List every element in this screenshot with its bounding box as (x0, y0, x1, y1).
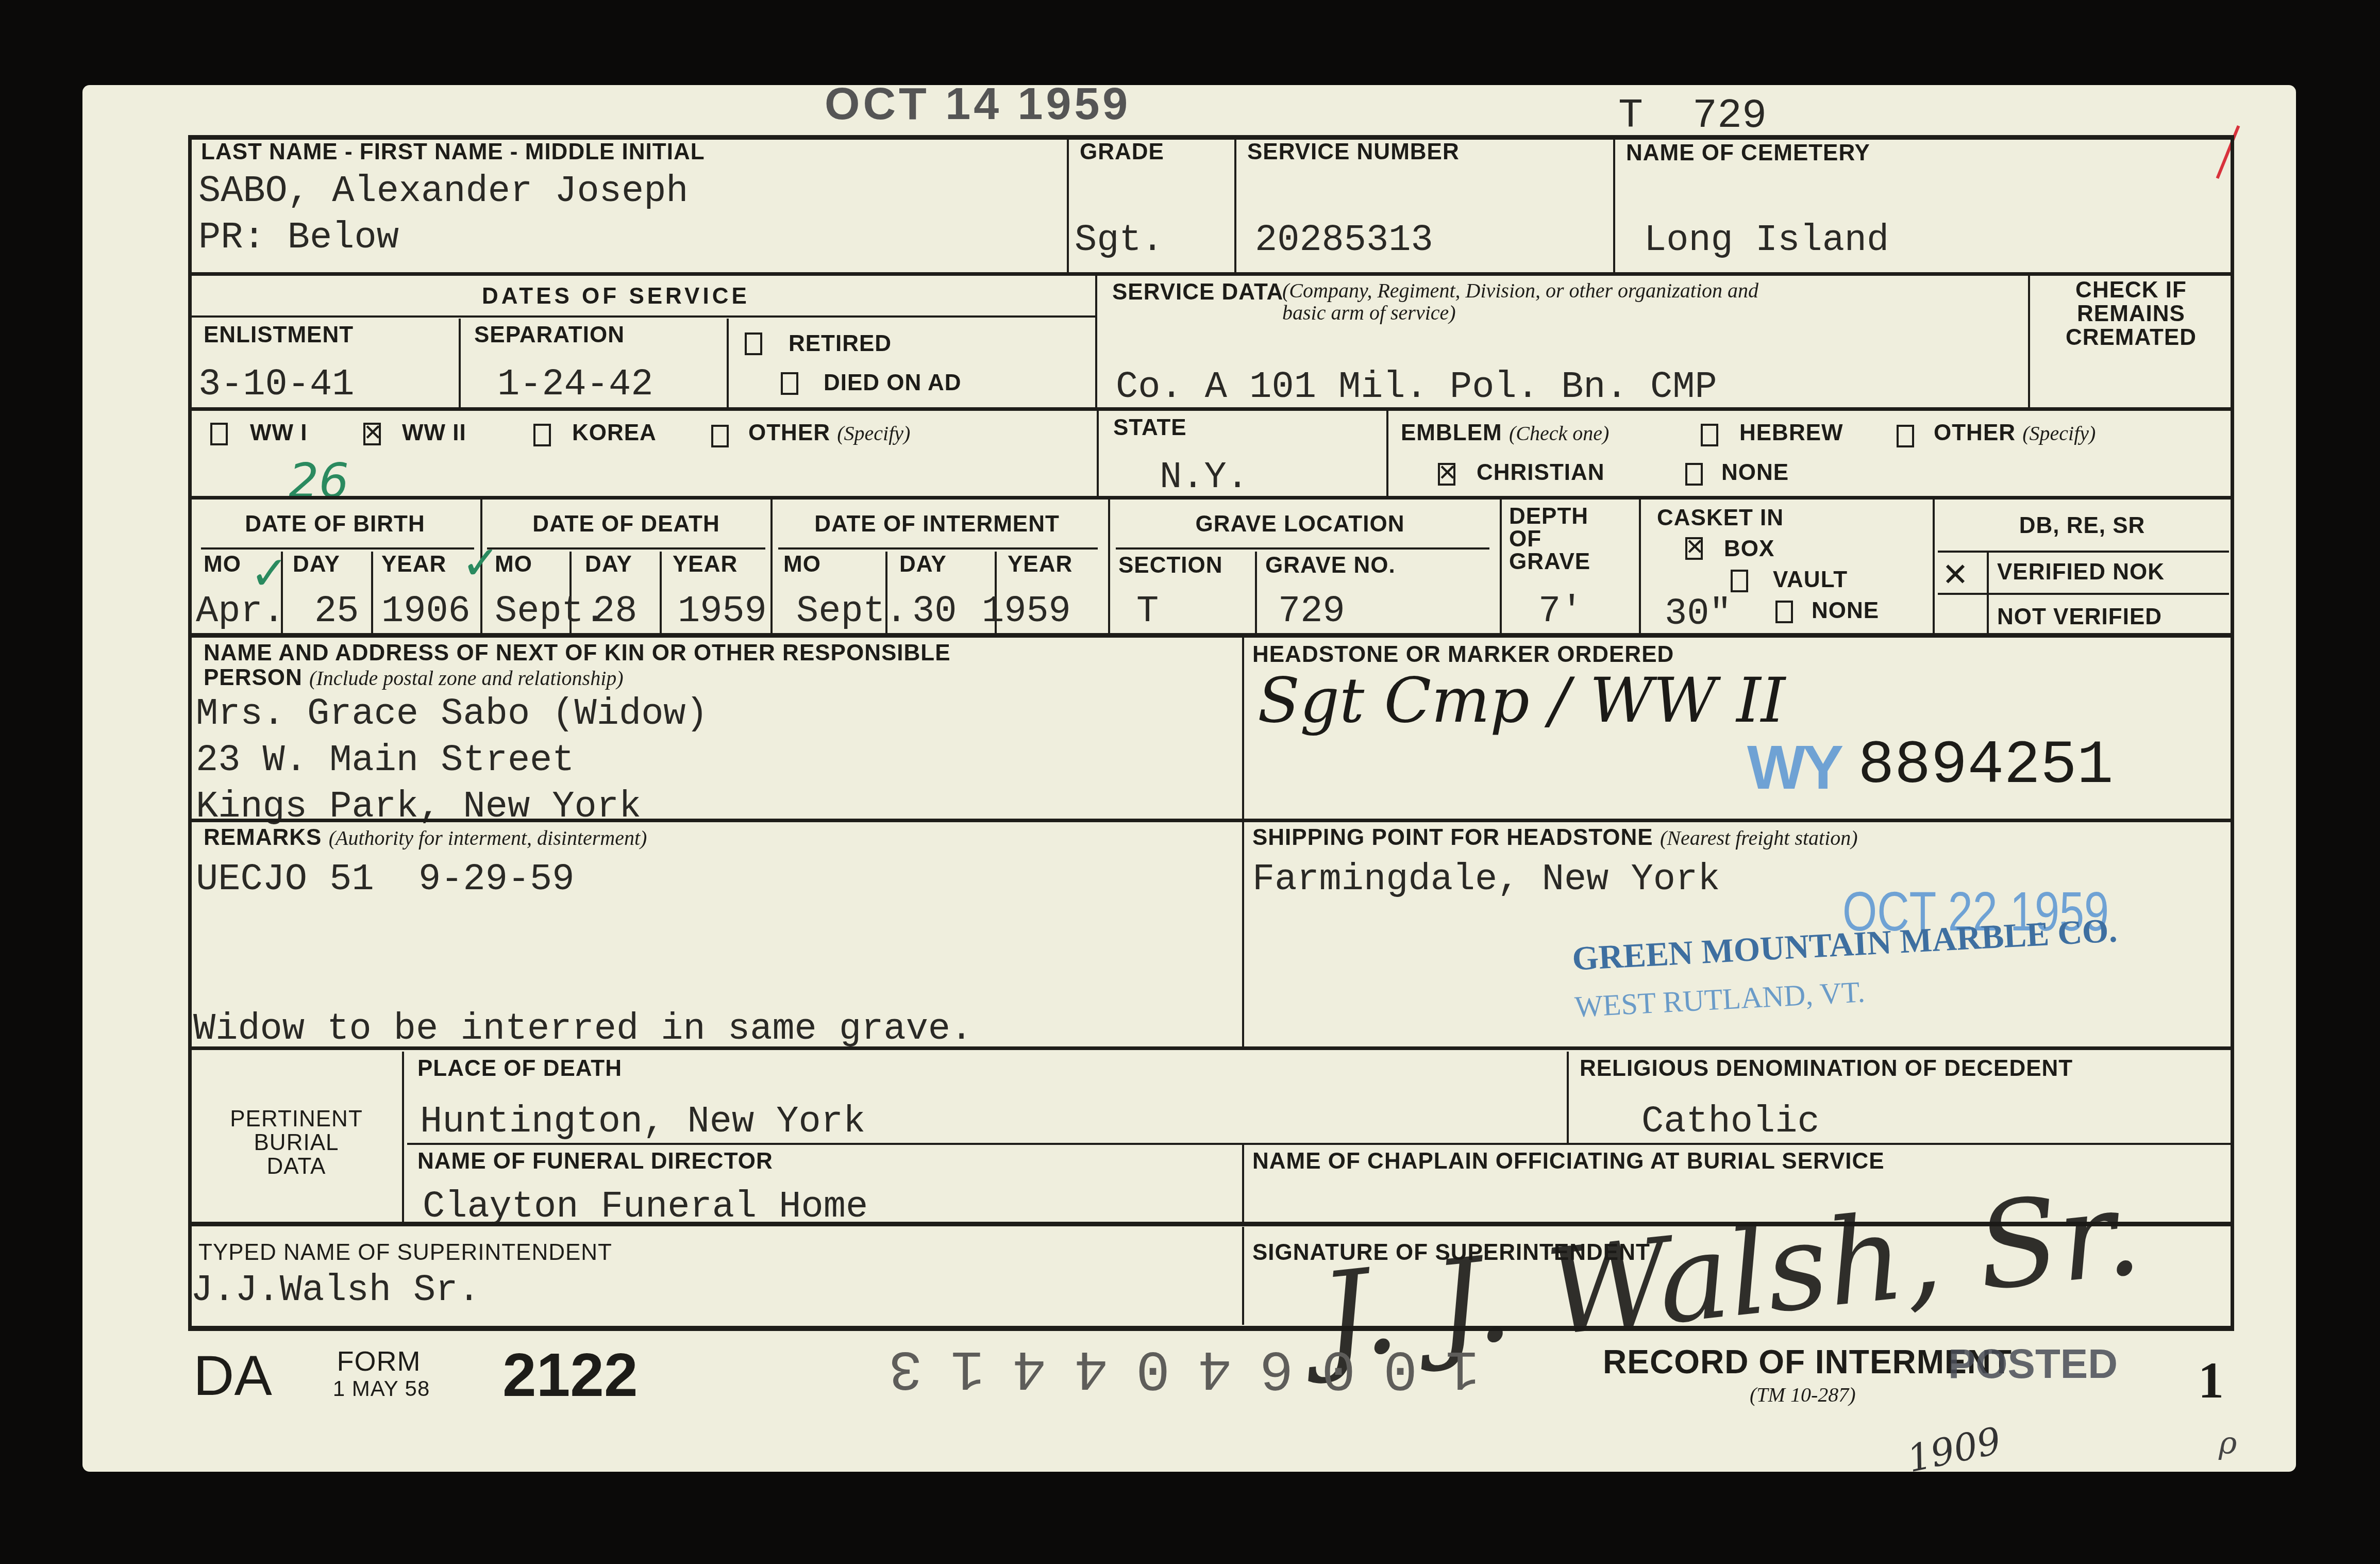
separation-field[interactable]: 1-24-42 (497, 363, 653, 406)
casket-size-field[interactable]: 30" (1665, 593, 1732, 635)
birth-day-label: DAY (293, 552, 340, 577)
depth-field[interactable]: 7' (1538, 590, 1583, 633)
divider (402, 1052, 404, 1222)
cremated-label-line: CREMATED (2033, 326, 2229, 350)
pr-field[interactable]: PR: Below (198, 217, 399, 259)
row-divider (191, 633, 2232, 638)
divider (1242, 1227, 1244, 1325)
other-war-label: OTHER (Specify) (748, 420, 910, 446)
interment-year-field[interactable]: 1959 (982, 590, 1071, 633)
divider (459, 319, 461, 409)
grave-no-label: GRAVE NO. (1265, 553, 1396, 578)
divider (1500, 499, 1502, 636)
next-of-kin-hint: (Include postal zone and relationship) (309, 667, 624, 690)
row-divider (191, 407, 2232, 411)
divider (1108, 499, 1110, 636)
divider (1639, 499, 1641, 636)
frame-left (188, 135, 192, 1331)
interment-day-label: DAY (899, 552, 947, 577)
headstone-prefix-stamp: WY (1747, 732, 1840, 803)
place-of-death-label: PLACE OF DEATH (417, 1056, 622, 1082)
record-subtitle: (TM 10-287) (1750, 1382, 1856, 1407)
place-of-death-field[interactable]: Huntington, New York (420, 1101, 865, 1143)
grade-label: GRADE (1080, 139, 1164, 165)
serial-number-stamp: 1006404413 (783, 1335, 1556, 1400)
depth-label-line: OF (1509, 528, 1590, 551)
other-war-checkbox[interactable] (711, 425, 729, 447)
ww1-label: WW I (250, 420, 308, 446)
none-emblem-checkbox[interactable] (1685, 463, 1703, 486)
casket-vault-label: VAULT (1773, 567, 1848, 593)
form-number: 2122 (502, 1340, 638, 1410)
none-emblem-label: NONE (1721, 460, 1789, 486)
divider (1613, 138, 1615, 275)
row-divider (487, 547, 765, 550)
row-divider (191, 496, 2232, 500)
row-divider (191, 272, 2232, 276)
row-divider (191, 315, 1095, 318)
name-field[interactable]: SABO, Alexander Joseph (198, 170, 689, 212)
service-data-hint-text: (Company, Regiment, Division, or other o… (1282, 279, 1758, 324)
dates-of-service-heading: DATES OF SERVICE (482, 284, 750, 309)
frame-right (2231, 135, 2234, 1331)
row-divider (407, 1143, 2232, 1145)
retired-checkbox[interactable] (745, 332, 762, 355)
pertinent-label-line: PERTINENT (193, 1107, 399, 1131)
death-year-field[interactable]: 1959 (678, 590, 767, 633)
emblem-label-text: EMBLEM (1401, 420, 1502, 445)
pertinent-burial-label: PERTINENT BURIAL DATA (193, 1107, 399, 1178)
green-check-icon: ✓ (461, 536, 500, 590)
cremated-label-line: REMAINS (2033, 302, 2229, 326)
divider (1242, 1144, 1244, 1222)
next-of-kin-label: NAME AND ADDRESS OF NEXT OF KIN OR OTHER… (204, 640, 951, 666)
interment-year-label: YEAR (1008, 552, 1072, 577)
enlistment-label: ENLISTMENT (204, 322, 354, 348)
depth-label-line: GRAVE (1509, 551, 1590, 573)
other-emblem-checkbox[interactable] (1897, 425, 1914, 447)
typed-superintendent-field[interactable]: J.J.Walsh Sr. (191, 1269, 480, 1311)
christian-label: CHRISTIAN (1477, 460, 1605, 486)
grave-location-label: GRAVE LOCATION (1111, 511, 1489, 537)
divider (371, 552, 373, 634)
divider (1234, 138, 1236, 275)
next-of-kin-field[interactable]: Mrs. Grace Sabo (Widow) 23 W. Main Stree… (196, 691, 708, 830)
depth-label-line: DEPTH (1509, 505, 1590, 528)
grave-reference: T 729 (1618, 93, 1767, 140)
ww1-checkbox[interactable] (210, 423, 228, 445)
next-of-kin-line: Kings Park, New York (196, 784, 708, 830)
state-label: STATE (1113, 415, 1187, 441)
divider (1933, 499, 1935, 636)
shipping-label-text: SHIPPING POINT FOR HEADSTONE (1252, 825, 1653, 850)
cremated-label: CHECK IF REMAINS CREMATED (2033, 278, 2229, 350)
next-of-kin-label-2: PERSON (Include postal zone and relation… (204, 665, 624, 691)
record-subtitle-text: (TM 10-287) (1750, 1383, 1856, 1406)
service-number-label: SERVICE NUMBER (1247, 139, 1460, 165)
divider (1067, 138, 1069, 275)
divider (1255, 552, 1257, 634)
casket-box-label: BOX (1724, 536, 1774, 562)
birth-date-label: DATE OF BIRTH (191, 511, 479, 537)
died-on-ad-checkbox[interactable] (781, 372, 798, 395)
pencil-mark: ρ (2219, 1425, 2237, 1461)
pertinent-label-line: DATA (193, 1155, 399, 1178)
headstone-handwritten: Sgt Cmp / WW II (1258, 665, 1785, 737)
emblem-label: EMBLEM (Check one) (1401, 420, 1609, 446)
row-divider (1938, 551, 2229, 553)
next-of-kin-label-text: PERSON (204, 665, 303, 690)
ww2-label: WW II (402, 420, 466, 446)
row-divider (201, 547, 474, 550)
divider (1386, 410, 1388, 496)
casket-label: CASKET IN (1657, 505, 1784, 531)
cemetery-field[interactable]: Long Island (1644, 219, 1889, 261)
row-divider (778, 547, 1098, 550)
died-on-ad-label: DIED ON AD (824, 370, 962, 396)
ww2-checkbox[interactable] (363, 423, 381, 445)
other-emblem-hint: (Specify) (2022, 422, 2096, 445)
interment-month-field[interactable]: Sept. (796, 590, 908, 633)
headstone-label: HEADSTONE OR MARKER ORDERED (1252, 642, 1674, 668)
cremated-label-line: CHECK IF (2033, 278, 2229, 302)
divider (2028, 276, 2030, 409)
hebrew-checkbox[interactable] (1701, 424, 1718, 446)
religion-field[interactable]: Catholic (1641, 1101, 1820, 1143)
interment-date-label: DATE OF INTERMENT (772, 511, 1102, 537)
verified-nok-label: VERIFIED NOK (1997, 559, 2165, 585)
emblem-hint: (Check one) (1509, 422, 1609, 445)
divider (1242, 822, 1244, 1048)
death-mo-label: MO (495, 552, 532, 577)
divider (1097, 410, 1099, 496)
religion-label: RELIGIOUS DENOMINATION OF DECEDENT (1580, 1056, 2073, 1082)
casket-none-label: NONE (1812, 598, 1879, 624)
not-verified-label: NOT VERIFIED (1997, 604, 2162, 630)
birth-year-field[interactable]: 1906 (381, 590, 471, 633)
frame-bottom (188, 1326, 2234, 1331)
death-date-label: DATE OF DEATH (482, 511, 770, 537)
casket-vault-checkbox[interactable] (1731, 570, 1748, 592)
db-re-sr-label: DB, RE, SR (1935, 513, 2229, 539)
other-emblem-label: OTHER (Specify) (1934, 420, 2096, 446)
divider (727, 319, 729, 409)
remarks-hint: (Authority for interment, disinterment) (329, 826, 647, 850)
divider (1567, 1052, 1569, 1143)
other-war-label-text: OTHER (748, 420, 830, 445)
korea-label: KOREA (572, 420, 657, 446)
form-date: 1 MAY 58 (314, 1376, 448, 1401)
interment-mo-label: MO (783, 552, 821, 577)
death-year-label: YEAR (673, 552, 738, 577)
service-number-field[interactable]: 20285313 (1255, 219, 1433, 261)
headstone-order-number: 8894251 (1858, 732, 2114, 801)
form-prefix: DA (193, 1343, 272, 1408)
shipping-label: SHIPPING POINT FOR HEADSTONE (Nearest fr… (1252, 825, 1858, 851)
korea-checkbox[interactable] (533, 424, 551, 446)
state-field[interactable]: N.Y. (1160, 456, 1249, 498)
typed-superintendent-label: TYPED NAME OF SUPERINTENDENT (198, 1240, 612, 1266)
shipping-field[interactable]: Farmingdale, New York (1252, 858, 1720, 901)
green-pencil-number: 26 (289, 454, 349, 509)
hebrew-label: HEBREW (1739, 420, 1843, 446)
green-check-icon: ✓ (250, 546, 289, 601)
remarks-line-2[interactable]: Widow to be interred in same grave. (193, 1008, 973, 1050)
shipping-hint: (Nearest freight station) (1660, 826, 1858, 850)
grade-field[interactable]: Sgt. (1075, 219, 1164, 261)
remarks-label-text: REMARKS (204, 825, 322, 850)
separation-label: SEPARATION (474, 322, 625, 348)
next-of-kin-line: 23 W. Main Street (196, 737, 708, 784)
posted-stamp: POSTED (1948, 1340, 2118, 1388)
death-day-field[interactable]: 28 (593, 590, 637, 633)
next-of-kin-line: Mrs. Grace Sabo (Widow) (196, 691, 708, 737)
birth-day-field[interactable]: 25 (314, 590, 359, 633)
retired-label: RETIRED (789, 331, 892, 357)
enlistment-field[interactable]: 3-10-41 (198, 363, 354, 406)
casket-box-checkbox[interactable] (1685, 537, 1703, 560)
row-divider (1938, 593, 2229, 595)
form-word: FORM (335, 1345, 423, 1377)
section-label: SECTION (1118, 553, 1223, 578)
section-field[interactable]: T (1136, 590, 1159, 633)
row-divider (1116, 547, 1489, 550)
row-divider (191, 819, 2232, 822)
name-label: LAST NAME - FIRST NAME - MIDDLE INITIAL (201, 139, 705, 165)
service-data-field[interactable]: Co. A 101 Mil. Pol. Bn. CMP (1116, 366, 1717, 408)
casket-none-checkbox[interactable] (1775, 601, 1793, 623)
funeral-director-label: NAME OF FUNERAL DIRECTOR (417, 1149, 773, 1174)
service-data-hint: (Company, Regiment, Division, or other o… (1112, 279, 1782, 324)
interment-day-field[interactable]: 30 (912, 590, 957, 633)
divider (1242, 637, 1244, 820)
other-war-hint: (Specify) (837, 422, 910, 445)
cemetery-label: NAME OF CEMETERY (1626, 140, 1870, 166)
divider (1095, 276, 1097, 409)
other-emblem-label-text: OTHER (1934, 420, 2016, 445)
birth-year-label: YEAR (381, 552, 446, 577)
pertinent-label-line: BURIAL (193, 1131, 399, 1155)
birth-mo-label: MO (204, 552, 241, 577)
death-month-field[interactable]: Sept. (495, 590, 606, 633)
death-day-label: DAY (585, 552, 632, 577)
chaplain-label: NAME OF CHAPLAIN OFFICIATING AT BURIAL S… (1252, 1149, 1885, 1174)
grave-no-field[interactable]: 729 (1278, 590, 1345, 633)
divider (660, 552, 662, 634)
received-date-stamp: OCT 14 1959 (825, 77, 1131, 130)
depth-label: DEPTH OF GRAVE (1509, 505, 1590, 573)
verified-nok-check[interactable]: ✕ (1942, 556, 1969, 593)
remarks-label: REMARKS (Authority for interment, disint… (204, 825, 647, 851)
row-divider (191, 1046, 2232, 1050)
page-number: 1 (2198, 1351, 2224, 1410)
christian-checkbox[interactable] (1438, 463, 1455, 486)
remarks-line-1[interactable]: UECJO 51 9-29-59 (196, 858, 575, 901)
